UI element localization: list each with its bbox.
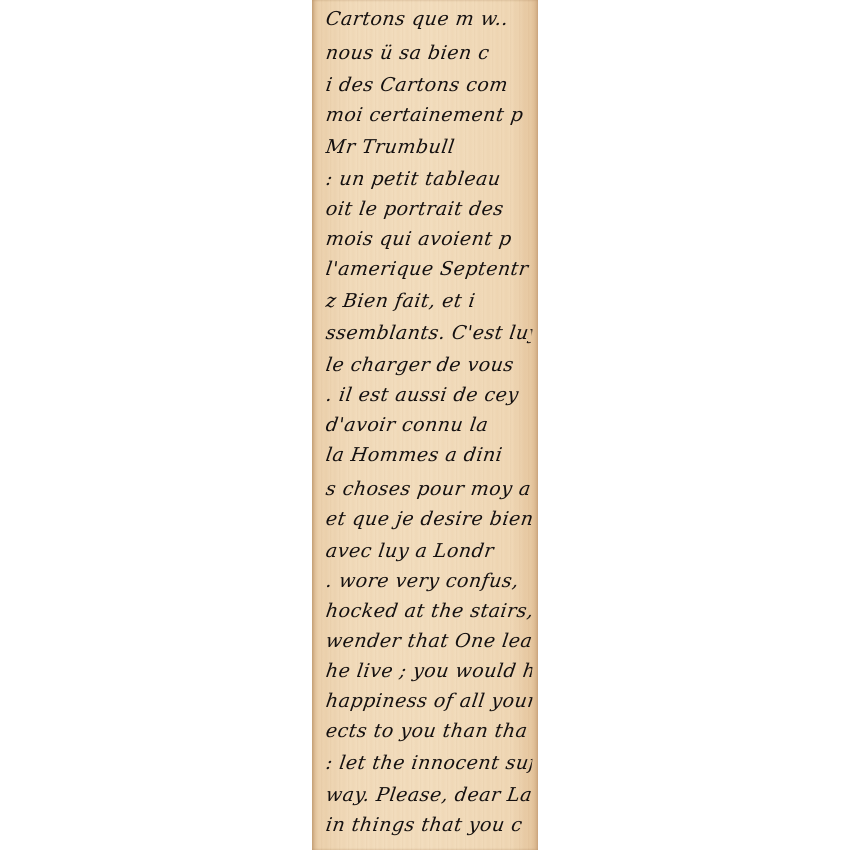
script-line: la Hommes a dini xyxy=(324,444,533,466)
script-line: nous ü sa bien c xyxy=(324,42,533,64)
handwritten-text: Cartons que m w.. nous ü sa bien c i des… xyxy=(312,0,538,850)
script-line: et que je desire bien xyxy=(324,508,533,530)
script-line: mois qui avoient p xyxy=(324,228,533,250)
script-line: : un petit tableau xyxy=(324,168,533,190)
script-line: le charger de vous xyxy=(324,354,533,376)
script-line: avec luy a Londr xyxy=(324,540,533,562)
wooden-stamp-block: Cartons que m w.. nous ü sa bien c i des… xyxy=(312,0,538,850)
script-line: Mr Trumbull xyxy=(324,136,533,158)
script-line: : let the innocent suff xyxy=(324,752,533,774)
script-line: in things that you c xyxy=(324,814,533,836)
script-line: wender that One leader, xyxy=(324,630,533,652)
script-line: oit le portrait des xyxy=(324,198,533,220)
script-line: ssemblants. C'est luy xyxy=(324,322,533,344)
script-line: s choses pour moy a xyxy=(324,478,533,500)
script-line: hocked at the stairs, xyxy=(324,600,533,622)
script-line: d'avoir connu la xyxy=(324,414,533,436)
script-line: moi certainement p xyxy=(324,104,533,126)
script-line: i des Cartons com xyxy=(324,74,533,96)
script-line: Cartons que m w.. xyxy=(324,8,533,30)
script-line: . wore very confus, xyxy=(324,570,533,592)
script-line: happiness of all your fav xyxy=(324,690,533,712)
script-line: he live ; you would h xyxy=(324,660,533,682)
script-line: z Bien fait, et i xyxy=(324,290,533,312)
script-line: ects to you than tha xyxy=(324,720,533,742)
script-line: l'amerique Septentr xyxy=(324,258,533,280)
script-line: . il est aussi de cey xyxy=(324,384,533,406)
script-line: way. Please, dear Lady xyxy=(324,784,533,806)
